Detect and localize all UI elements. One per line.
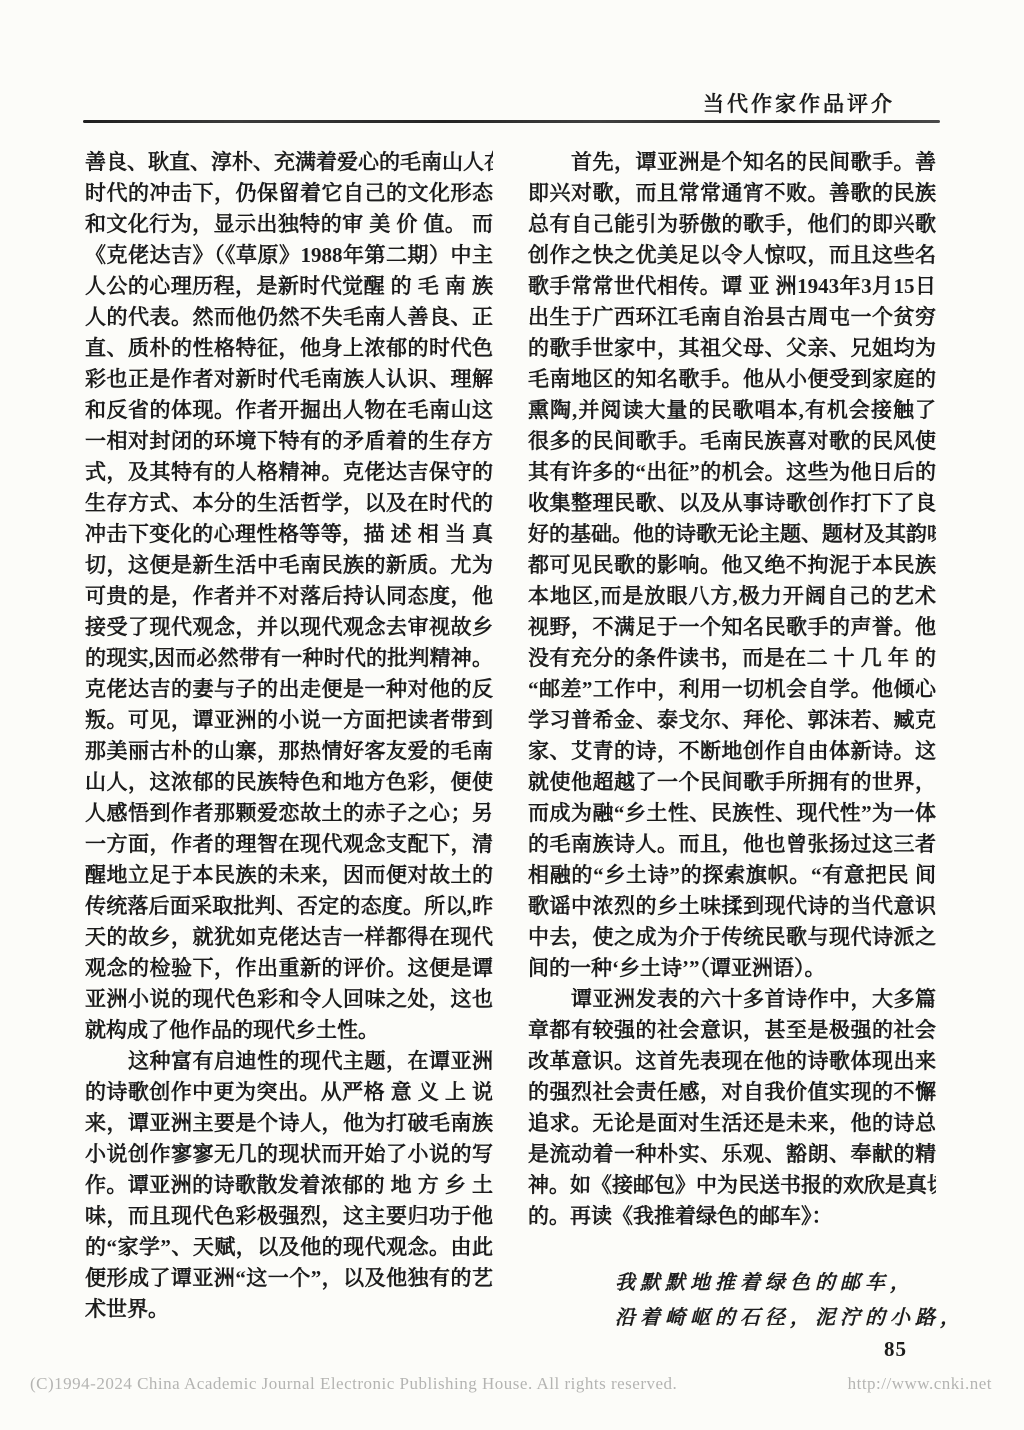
text-line: 彩也正是作者对新时代毛南族人认识、理解 bbox=[85, 364, 493, 395]
text-line: 冲击下变化的心理性格等等，描 述 相 当 真 bbox=[85, 519, 493, 550]
text-line: 相融的“乡土诗”的探索旗帜。“有意把民 间 bbox=[528, 860, 936, 891]
text-line: 谭亚洲发表的六十多首诗作中，大多篇 bbox=[528, 984, 936, 1015]
text-line: 天的故乡，就犹如克佬达吉一样都得在现代 bbox=[85, 922, 493, 953]
text-line: 即兴对歌，而且常常通宵不败。善歌的民族 bbox=[528, 178, 936, 209]
text-line: 善良、耿直、淳朴、充满着爱心的毛南山人在 bbox=[85, 147, 493, 178]
text-line: 总有自己能引为骄傲的歌手，他们的即兴歌 bbox=[528, 209, 936, 240]
text-line: “邮差”工作中，利用一切机会自学。他倾心 bbox=[528, 674, 936, 705]
text-line: 观念的检验下，作出重新的评价。这便是谭 bbox=[85, 953, 493, 984]
text-line: 收集整理民歌、以及从事诗歌创作打下了良 bbox=[528, 488, 936, 519]
text-line: 可贵的是，作者并不对落后持认同态度，他 bbox=[85, 581, 493, 612]
text-line: 克佬达吉的妻与子的出走便是一种对他的反 bbox=[85, 674, 493, 705]
text-line: 学习普希金、泰戈尔、拜伦、郭沫若、臧克 bbox=[528, 705, 936, 736]
poem-block: 我默默地推着绿色的邮车，沿着崎岖的石径，泥泞的小路， bbox=[528, 1266, 936, 1336]
text-line: 创作之快之优美足以令人惊叹，而且这些名 bbox=[528, 240, 936, 271]
text-line: 歌手常常世代相传。谭 亚 洲1943年3月15日 bbox=[528, 271, 936, 302]
page-number: 85 bbox=[884, 1337, 907, 1362]
text-line: 视野，不满足于一个知名民歌手的声誉。他 bbox=[528, 612, 936, 643]
text-line: 毛南地区的知名歌手。他从小便受到家庭的 bbox=[528, 364, 936, 395]
text-line: 那美丽古朴的山寨，那热情好客友爱的毛南 bbox=[85, 736, 493, 767]
text-line: 山人，这浓郁的民族特色和地方色彩，便使 bbox=[85, 767, 493, 798]
left-column: 善良、耿直、淳朴、充满着爱心的毛南山人在时代的冲击下，仍保留着它自己的文化形态和… bbox=[85, 147, 493, 1325]
text-line: 很多的民间歌手。毛南民族喜对歌的民风使 bbox=[528, 426, 936, 457]
text-line: 味，而且现代色彩极强烈，这主要归功于他 bbox=[85, 1201, 493, 1232]
text-line: 首先，谭亚洲是个知名的民间歌手。善 bbox=[528, 147, 936, 178]
text-line: 人感悟到作者那颗爱恋故土的赤子之心；另 bbox=[85, 798, 493, 829]
poem-line: 沿着崎岖的石径，泥泞的小路， bbox=[615, 1301, 936, 1336]
text-line: 人的代表。然而他仍然不失毛南人善良、正 bbox=[85, 302, 493, 333]
text-line: 神。如《接邮包》中为民送书报的欢欣是真切 bbox=[528, 1170, 936, 1201]
running-head: 当代作家作品评介 bbox=[703, 88, 895, 118]
text-line: 叛。可见，谭亚洲的小说一方面把读者带到 bbox=[85, 705, 493, 736]
right-column-text: 首先，谭亚洲是个知名的民间歌手。善即兴对歌，而且常常通宵不败。善歌的民族总有自己… bbox=[528, 147, 936, 1232]
text-line: 的毛南族诗人。而且，他也曾张扬过这三者 bbox=[528, 829, 936, 860]
text-line: 都可见民歌的影响。他又绝不拘泥于本民族 bbox=[528, 550, 936, 581]
right-column: 首先，谭亚洲是个知名的民间歌手。善即兴对歌，而且常常通宵不败。善歌的民族总有自己… bbox=[528, 147, 936, 1336]
copyright-notice: (C)1994-2024 China Academic Journal Elec… bbox=[30, 1374, 677, 1394]
text-line: 切，这便是新生活中毛南民族的新质。尤为 bbox=[85, 550, 493, 581]
text-line: 熏陶,并阅读大量的民歌唱本,有机会接触了 bbox=[528, 395, 936, 426]
text-line: 小说创作寥寥无几的现状而开始了小说的写 bbox=[85, 1139, 493, 1170]
text-line: 的现实,因而必然带有一种时代的批判精神。 bbox=[85, 643, 493, 674]
text-line: 的。再读《我推着绿色的邮车》： bbox=[528, 1201, 936, 1232]
text-line: 的“家学”、天赋，以及他的现代观念。由此 bbox=[85, 1232, 493, 1263]
text-line: 中去，使之成为介于传统民歌与现代诗派之 bbox=[528, 922, 936, 953]
text-line: 时代的冲击下，仍保留着它自己的文化形态 bbox=[85, 178, 493, 209]
text-line: 传统落后面采取批判、否定的态度。所以,昨 bbox=[85, 891, 493, 922]
text-line: 生存方式、本分的生活哲学，以及在时代的 bbox=[85, 488, 493, 519]
text-line: 醒地立足于本民族的未来，因而便对故土的 bbox=[85, 860, 493, 891]
text-line: 人公的心理历程，是新时代觉醒 的 毛 南 族 bbox=[85, 271, 493, 302]
text-line: 《克佬达吉》（《草原》1988年第二期）中主 bbox=[85, 240, 493, 271]
text-line: 出生于广西环江毛南自治县古周屯一个贫穷 bbox=[528, 302, 936, 333]
header-rule bbox=[83, 120, 940, 123]
text-line: 来，谭亚洲主要是个诗人，他为打破毛南族 bbox=[85, 1108, 493, 1139]
text-line: 而成为融“乡土性、民族性、现代性”为一体 bbox=[528, 798, 936, 829]
text-line: 的强烈社会责任感，对自我价值实现的不懈 bbox=[528, 1077, 936, 1108]
text-line: 术世界。 bbox=[85, 1294, 493, 1325]
text-line: 的歌手世家中，其祖父母、父亲、兄姐均为 bbox=[528, 333, 936, 364]
text-line: 一相对封闭的环境下特有的矛盾着的生存方 bbox=[85, 426, 493, 457]
text-line: 和文化行为，显示出独特的审 美 价 值。 而 bbox=[85, 209, 493, 240]
text-line: 直、质朴的性格特征，他身上浓郁的时代色 bbox=[85, 333, 493, 364]
text-line: 作。谭亚洲的诗歌散发着浓郁的 地 方 乡 土 bbox=[85, 1170, 493, 1201]
text-line: 接受了现代观念，并以现代观念去审视故乡 bbox=[85, 612, 493, 643]
text-line: 就使他超越了一个民间歌手所拥有的世界， bbox=[528, 767, 936, 798]
text-line: 就构成了他作品的现代乡土性。 bbox=[85, 1015, 493, 1046]
text-line: 好的基础。他的诗歌无论主题、题材及其韵味 bbox=[528, 519, 936, 550]
text-line: 家、艾青的诗，不断地创作自由体新诗。这 bbox=[528, 736, 936, 767]
text-line: 没有充分的条件读书，而是在二 十 几 年 的 bbox=[528, 643, 936, 674]
poem-line: 我默默地推着绿色的邮车， bbox=[615, 1266, 936, 1301]
text-line: 便形成了谭亚洲“这一个”，以及他独有的艺 bbox=[85, 1263, 493, 1294]
text-line: 是流动着一种朴实、乐观、豁朗、奉献的精 bbox=[528, 1139, 936, 1170]
text-line: 亚洲小说的现代色彩和令人回味之处，这也 bbox=[85, 984, 493, 1015]
text-line: 其有许多的“出征”的机会。这些为他日后的 bbox=[528, 457, 936, 488]
text-line: 间的一种‘乡土诗’”（谭亚洲语）。 bbox=[528, 953, 936, 984]
text-line: 改革意识。这首先表现在他的诗歌体现出来 bbox=[528, 1046, 936, 1077]
text-line: 歌谣中浓烈的乡土味揉到现代诗的当代意识 bbox=[528, 891, 936, 922]
text-line: 本地区,而是放眼八方,极力开阔自己的艺术 bbox=[528, 581, 936, 612]
cnki-url: http://www.cnki.net bbox=[848, 1374, 992, 1394]
text-line: 追求。无论是面对生活还是未来，他的诗总 bbox=[528, 1108, 936, 1139]
text-line: 这种富有启迪性的现代主题，在谭亚洲 bbox=[85, 1046, 493, 1077]
text-line: 的诗歌创作中更为突出。从严格 意 义 上 说 bbox=[85, 1077, 493, 1108]
text-line: 章都有较强的社会意识，甚至是极强的社会 bbox=[528, 1015, 936, 1046]
text-line: 一方面，作者的理智在现代观念支配下，清 bbox=[85, 829, 493, 860]
journal-page-scan: 当代作家作品评介 善良、耿直、淳朴、充满着爱心的毛南山人在时代的冲击下，仍保留着… bbox=[0, 0, 1024, 1430]
cnki-footer: (C)1994-2024 China Academic Journal Elec… bbox=[30, 1374, 992, 1394]
text-line: 式，及其特有的人格精神。克佬达吉保守的 bbox=[85, 457, 493, 488]
text-line: 和反省的体现。作者开掘出人物在毛南山这 bbox=[85, 395, 493, 426]
